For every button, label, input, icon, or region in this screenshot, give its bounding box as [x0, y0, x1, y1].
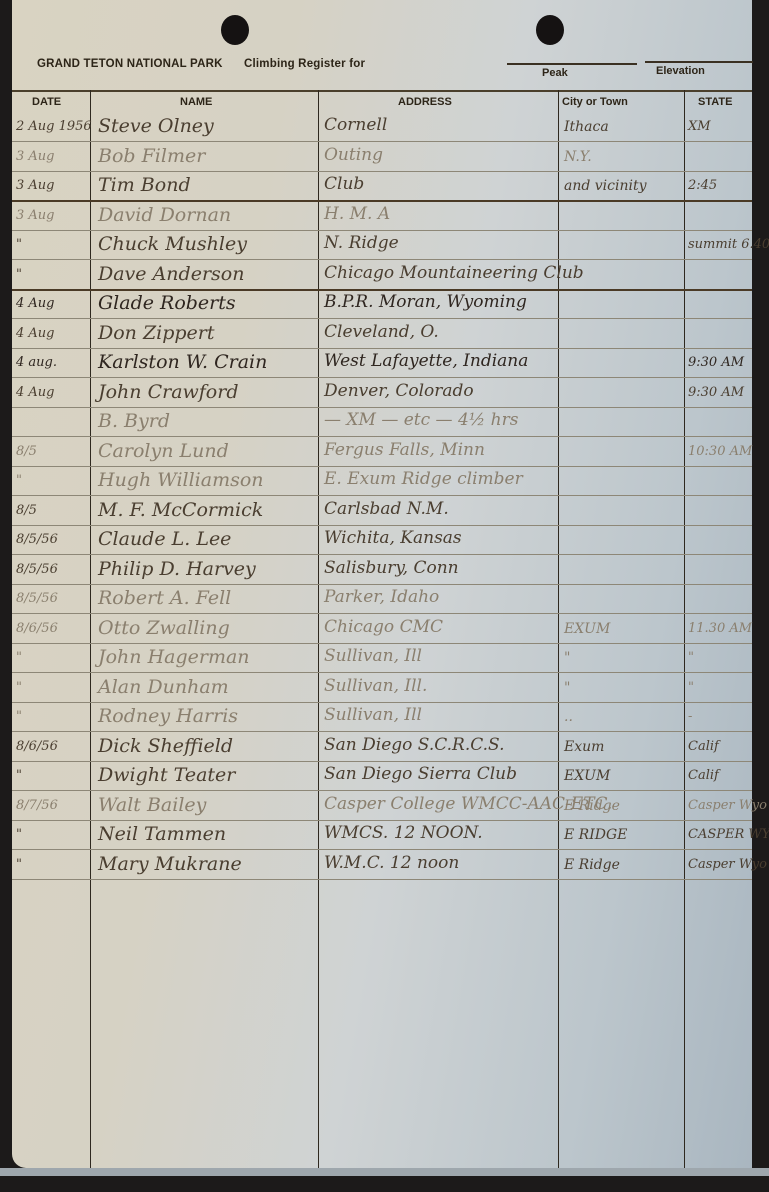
entry-date: 8/5/56 — [16, 591, 90, 606]
peak-field-line — [507, 63, 637, 65]
entry-date: " — [16, 267, 90, 282]
table-row: 4 AugGlade RobertsB.P.R. Moran, Wyoming — [12, 289, 752, 319]
entry-name: David Dornan — [98, 204, 231, 226]
entry-date: 8/6/56 — [16, 621, 90, 636]
entry-date: " — [16, 709, 90, 724]
entry-date: 8/5/56 — [16, 562, 90, 577]
entry-city: E Ridge — [564, 798, 620, 814]
entry-date: 8/5 — [16, 503, 90, 518]
entry-address: San Diego Sierra Club — [324, 764, 517, 784]
entry-name: Walt Bailey — [98, 794, 206, 816]
entry-date: 8/5/56 — [16, 532, 90, 547]
table-row: 4 AugDon ZippertCleveland, O. — [12, 319, 752, 349]
entry-state: Calif — [688, 768, 719, 783]
entry-date: " — [16, 768, 90, 783]
entry-name: Don Zippert — [98, 322, 215, 344]
entry-name: Tim Bond — [98, 174, 191, 196]
table-row: "Hugh WilliamsonE. Exum Ridge climber — [12, 466, 752, 496]
entry-address: Salisbury, Conn — [324, 558, 459, 578]
table-row: 3 AugDavid DornanH. M. A — [12, 201, 752, 231]
entry-state: Casper Wyo — [688, 857, 767, 872]
table-row: 8/6/56Otto ZwallingChicago CMCEXUM11.30 … — [12, 614, 752, 644]
entry-state: 9:30 AM — [688, 385, 744, 400]
entry-address: West Lafayette, Indiana — [324, 351, 528, 371]
table-row: B. Byrd— XM — etc — 4½ hrs — [12, 407, 752, 437]
entry-address: Cleveland, O. — [324, 322, 439, 342]
entry-city: E Ridge — [564, 857, 620, 873]
table-row: "Alan DunhamSullivan, Ill."" — [12, 673, 752, 703]
entry-date: 4 aug. — [16, 355, 90, 370]
entry-name: John Hagerman — [98, 646, 250, 668]
entry-name: Neil Tammen — [98, 823, 226, 845]
entry-name: Hugh Williamson — [98, 469, 264, 491]
table-row: "Rodney HarrisSullivan, Ill..- — [12, 702, 752, 732]
entry-address: Fergus Falls, Minn — [324, 440, 485, 460]
entry-address: Wichita, Kansas — [324, 528, 462, 548]
elevation-field-line — [645, 61, 753, 63]
table-top-rule — [12, 90, 752, 92]
table-row: 8/7/56Walt BaileyCasper College WMCC-AAC… — [12, 791, 752, 821]
table-row: 4 AugJohn CrawfordDenver, Colorado9:30 A… — [12, 378, 752, 408]
entry-name: Dwight Teater — [98, 764, 235, 786]
entry-state: - — [688, 709, 692, 724]
table-row: 8/5/56Robert A. FellParker, Idaho — [12, 584, 752, 614]
table-row: "Neil TammenWMCS. 12 NOON.E RIDGECASPER … — [12, 820, 752, 850]
entry-state: summit 6.40 PM — [688, 237, 769, 252]
entry-name: Rodney Harris — [98, 705, 238, 727]
table-row: 3 AugTim BondCluband vicinity2:45 — [12, 171, 752, 202]
bottom-edge — [0, 1168, 769, 1176]
entry-name: Robert A. Fell — [98, 587, 231, 609]
entry-date: " — [16, 473, 90, 488]
table-row: "Dave AndersonChicago Mountaineering Clu… — [12, 260, 752, 291]
entry-date: " — [16, 237, 90, 252]
entry-name: Alan Dunham — [98, 676, 229, 698]
entry-state: XM — [688, 119, 711, 134]
entry-date: 8/7/56 — [16, 798, 90, 813]
entry-city: " — [564, 680, 570, 696]
entry-address: Chicago CMC — [324, 617, 443, 637]
entry-date: " — [16, 827, 90, 842]
entry-state: Calif — [688, 739, 719, 754]
entry-city: " — [564, 650, 570, 666]
entry-date: " — [16, 680, 90, 695]
entry-city: .. — [564, 709, 573, 725]
entry-city: EXUM — [564, 768, 610, 784]
entry-address: Sullivan, Ill. — [324, 676, 427, 696]
entry-address: Sullivan, Ill — [324, 705, 422, 725]
table-row: "John HagermanSullivan, Ill"" — [12, 643, 752, 673]
entry-date: 3 Aug — [16, 208, 90, 223]
park-title: GRAND TETON NATIONAL PARK — [37, 58, 223, 70]
entry-name: Steve Olney — [98, 115, 214, 137]
entry-date: 3 Aug — [16, 178, 90, 193]
table-row: "Chuck MushleyN. Ridgesummit 6.40 PM — [12, 230, 752, 260]
punch-hole-right — [536, 15, 564, 45]
register-title: Climbing Register for — [244, 58, 365, 70]
col-header-name: NAME — [180, 96, 212, 108]
table-row: 8/5/56Philip D. HarveySalisbury, Conn — [12, 555, 752, 585]
entry-name: Carolyn Lund — [98, 440, 229, 462]
entry-date: 4 Aug — [16, 296, 90, 311]
entry-state: CASPER WYO — [688, 827, 769, 842]
col-header-date: DATE — [32, 96, 61, 108]
entry-name: Philip D. Harvey — [98, 558, 256, 580]
table-row: 4 aug.Karlston W. CrainWest Lafayette, I… — [12, 348, 752, 378]
entry-city: EXUM — [564, 621, 610, 637]
entry-city: E RIDGE — [564, 827, 627, 843]
entry-date: 4 Aug — [16, 326, 90, 341]
col-header-city: City or Town — [562, 96, 628, 108]
entry-address: Sullivan, Ill — [324, 646, 422, 666]
entry-name: M. F. McCormick — [98, 499, 263, 521]
entry-address: Denver, Colorado — [324, 381, 474, 401]
table-row: 3 AugBob FilmerOutingN.Y. — [12, 142, 752, 172]
entry-address: Cornell — [324, 115, 387, 135]
table-row: "Dwight TeaterSan Diego Sierra ClubEXUMC… — [12, 761, 752, 791]
entry-address: N. Ridge — [324, 233, 399, 253]
col-header-state: STATE — [698, 96, 732, 108]
table-row: 8/5Carolyn LundFergus Falls, Minn10:30 A… — [12, 437, 752, 467]
entry-state: " — [688, 650, 694, 665]
entry-address: Carlsbad N.M. — [324, 499, 449, 519]
entry-address: W.M.C. 12 noon — [324, 853, 459, 873]
entry-address: Chicago Mountaineering Club — [324, 263, 584, 283]
entry-date: 8/5 — [16, 444, 90, 459]
table-row: "Mary MukraneW.M.C. 12 noonE RidgeCasper… — [12, 850, 752, 880]
entry-date: 2 Aug 1956 — [16, 119, 90, 134]
entry-state: 10:30 AM — [688, 444, 752, 459]
entry-address: San Diego S.C.R.C.S. — [324, 735, 504, 755]
register-header: GRAND TETON NATIONAL PARK Climbing Regis… — [37, 58, 365, 70]
register-table: DATE NAME ADDRESS City or Town STATE 2 A… — [12, 90, 752, 1168]
entry-city: N.Y. — [564, 149, 592, 165]
entry-date: " — [16, 857, 90, 872]
entry-address: E. Exum Ridge climber — [324, 469, 523, 489]
elevation-label: Elevation — [656, 65, 705, 77]
entry-date: 3 Aug — [16, 149, 90, 164]
entry-city: and vicinity — [564, 178, 647, 194]
entry-address: — XM — etc — 4½ hrs — [324, 410, 518, 430]
entry-address: H. M. A — [324, 204, 390, 224]
punch-hole-left — [221, 15, 249, 45]
entry-name: Claude L. Lee — [98, 528, 231, 550]
entry-state: 11.30 AM — [688, 621, 752, 636]
col-header-address: ADDRESS — [398, 96, 452, 108]
entry-state: " — [688, 680, 694, 695]
entry-address: B.P.R. Moran, Wyoming — [324, 292, 527, 312]
peak-label: Peak — [542, 67, 568, 79]
entry-address: Club — [324, 174, 364, 194]
entry-name: Otto Zwalling — [98, 617, 230, 639]
entry-name: Bob Filmer — [98, 145, 205, 167]
entry-state: 2:45 — [688, 178, 717, 193]
entry-name: Dave Anderson — [98, 263, 244, 285]
entry-address: Parker, Idaho — [324, 587, 439, 607]
table-row: 8/5M. F. McCormickCarlsbad N.M. — [12, 496, 752, 526]
entry-name: Chuck Mushley — [98, 233, 247, 255]
table-row: 8/6/56Dick SheffieldSan Diego S.C.R.C.S.… — [12, 732, 752, 762]
entry-name: B. Byrd — [98, 410, 170, 432]
entry-date: " — [16, 650, 90, 665]
entry-city: Ithaca — [564, 119, 609, 135]
entry-name: Mary Mukrane — [98, 853, 242, 875]
entry-name: Glade Roberts — [98, 292, 236, 314]
entry-name: Karlston W. Crain — [98, 351, 267, 373]
table-row: 8/5/56Claude L. LeeWichita, Kansas — [12, 525, 752, 555]
entry-city: Exum — [564, 739, 604, 755]
entry-name: John Crawford — [98, 381, 239, 403]
entry-state: 9:30 AM — [688, 355, 744, 370]
entry-state: Casper Wyo — [688, 798, 767, 813]
entry-date: 8/6/56 — [16, 739, 90, 754]
entry-address: WMCS. 12 NOON. — [324, 823, 483, 843]
entry-name: Dick Sheffield — [98, 735, 233, 757]
entry-date: 4 Aug — [16, 385, 90, 400]
entry-address: Outing — [324, 145, 383, 165]
table-row: 2 Aug 1956Steve OlneyCornellIthacaXM — [12, 112, 752, 142]
